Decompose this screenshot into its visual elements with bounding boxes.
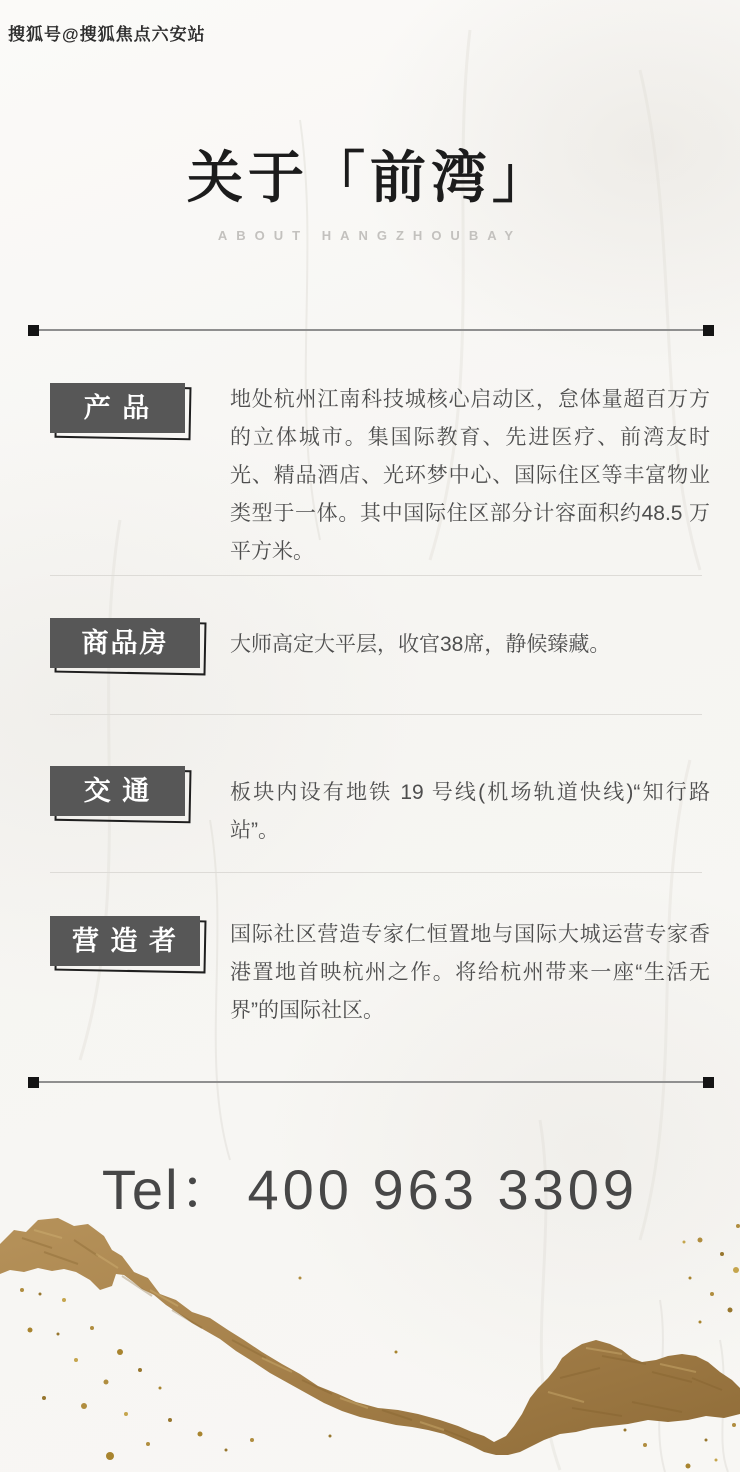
page-title: 关于「前湾」 xyxy=(0,134,740,214)
divider-endcap-right xyxy=(703,1077,714,1088)
section-text: 地处杭州江南科技城核心启动区，怠体量超百万方的立体城市。集国际教育、先进医疗、前… xyxy=(230,381,710,571)
section-label: 产 品 xyxy=(50,383,185,433)
page-background: 搜狐号@搜狐焦点六安站 关于「前湾」 ABOUT HANGZHOUBAY 产 品… xyxy=(0,0,740,1472)
section-label-box: 营 造 者 xyxy=(50,916,200,966)
divider-top xyxy=(28,324,714,336)
divider-endcap-left xyxy=(28,325,39,336)
section-text: 大师高定大平层，收官38席，静候臻藏。 xyxy=(230,626,710,664)
gold-speckles xyxy=(20,1224,740,1469)
section-label: 商品房 xyxy=(50,618,200,668)
section-separator xyxy=(50,575,702,576)
section-label-box: 产 品 xyxy=(50,383,185,433)
divider-endcap-right xyxy=(703,325,714,336)
page-subtitle: ABOUT HANGZHOUBAY xyxy=(0,228,740,243)
section-separator xyxy=(50,872,702,873)
watermark: 搜狐号@搜狐焦点六安站 xyxy=(8,20,206,45)
divider-line xyxy=(39,1081,703,1083)
section-text: 板块内设有地铁 19 号线(机场轨道快线)“知行路站”。 xyxy=(230,774,710,850)
section-text: 国际社区营造专家仁恒置地与国际大城运营专家香港置地首映杭州之作。将给杭州带来一座… xyxy=(230,916,710,1030)
divider-bottom xyxy=(28,1076,714,1088)
divider-line xyxy=(39,329,703,331)
section-label: 交 通 xyxy=(50,766,185,816)
section-separator xyxy=(50,714,702,715)
divider-endcap-left xyxy=(28,1077,39,1088)
section-label-box: 商品房 xyxy=(50,618,200,668)
gold-mountain-artwork xyxy=(0,1182,740,1472)
section-label-box: 交 通 xyxy=(50,766,185,816)
section-label: 营 造 者 xyxy=(50,916,200,966)
